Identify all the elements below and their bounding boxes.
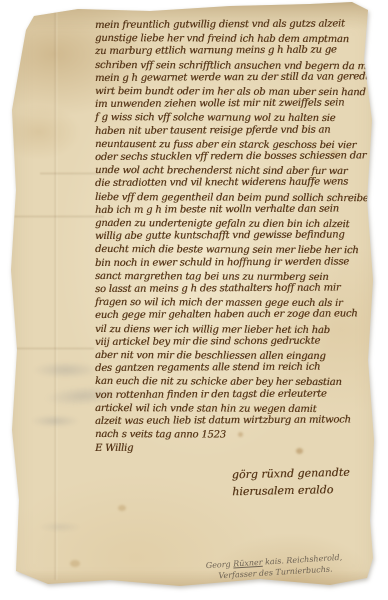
annotation-text: Georg [206, 560, 234, 571]
manuscript-line: viij artickel bey mir die sind schons ge… [95, 334, 375, 349]
manuscript-photo: mein freuntlich gutwillig dienst vnd als… [0, 0, 388, 600]
vertical-fold-crease [54, 10, 58, 580]
manuscript-line: haben nit uber tausent reisige pferde vn… [95, 123, 375, 138]
manuscript-line: hab ich m g h im beste nit wolln verhalt… [95, 202, 375, 217]
manuscript-line: alzeit was euch lieb ist datum wirtzburg… [95, 413, 375, 428]
manuscript-line: zu marburg ettlich warnung meins g h hal… [95, 44, 375, 59]
paper-sheet-wrapper: mein freuntlich gutwillig dienst vnd als… [0, 0, 388, 600]
signature-block: görg rüxnd genandte hierusalem eraldo [232, 464, 351, 500]
archivist-annotation: Georg Rüxner kais. Reichsherold, Verfass… [205, 552, 343, 582]
paper-sheet: mein freuntlich gutwillig dienst vnd als… [0, 0, 388, 600]
manuscript-line: euch gege mir gehalten haben auch er zog… [95, 308, 375, 323]
manuscript-closing-line: E Willig [95, 440, 375, 455]
manuscript-line: so lasst an meins g h des stathalters ho… [95, 281, 375, 296]
manuscript-line: des gantzen regaments alle stend im reic… [95, 361, 375, 376]
signature-title-line: hierusalem eraldo [232, 481, 350, 500]
manuscript-line: bin noch in ewer schuld in hoffnung ir w… [95, 255, 375, 270]
manuscript-line: die stradiotten vnd vil knecht widerens … [95, 176, 375, 191]
manuscript-line: oder sechs stucklen vff redern die bosse… [95, 149, 375, 164]
manuscript-line: von rottenhan finden ir den tagst die er… [95, 387, 375, 402]
stain-spot [70, 560, 80, 567]
horizontal-fold-crease [14, 215, 104, 218]
manuscript-line: im unwenden ziehen wolle ist mir nit zwe… [95, 97, 375, 112]
stain-spot [118, 505, 126, 511]
verso-show-through-mark [20, 412, 90, 430]
verso-show-through-mark [30, 520, 90, 534]
letter-body: mein freuntlich gutwillig dienst vnd als… [95, 19, 375, 455]
manuscript-line: mein g h gewarnet werde wan zu der still… [95, 70, 375, 85]
horizontal-fold-crease [14, 347, 94, 350]
manuscript-line: mein freuntlich gutwillig dienst vnd als… [95, 17, 375, 32]
manuscript-line: willig abe gutte kuntschafft vnd gewisse… [95, 229, 375, 244]
annotation-underlined-name: Rüxner [233, 558, 263, 569]
